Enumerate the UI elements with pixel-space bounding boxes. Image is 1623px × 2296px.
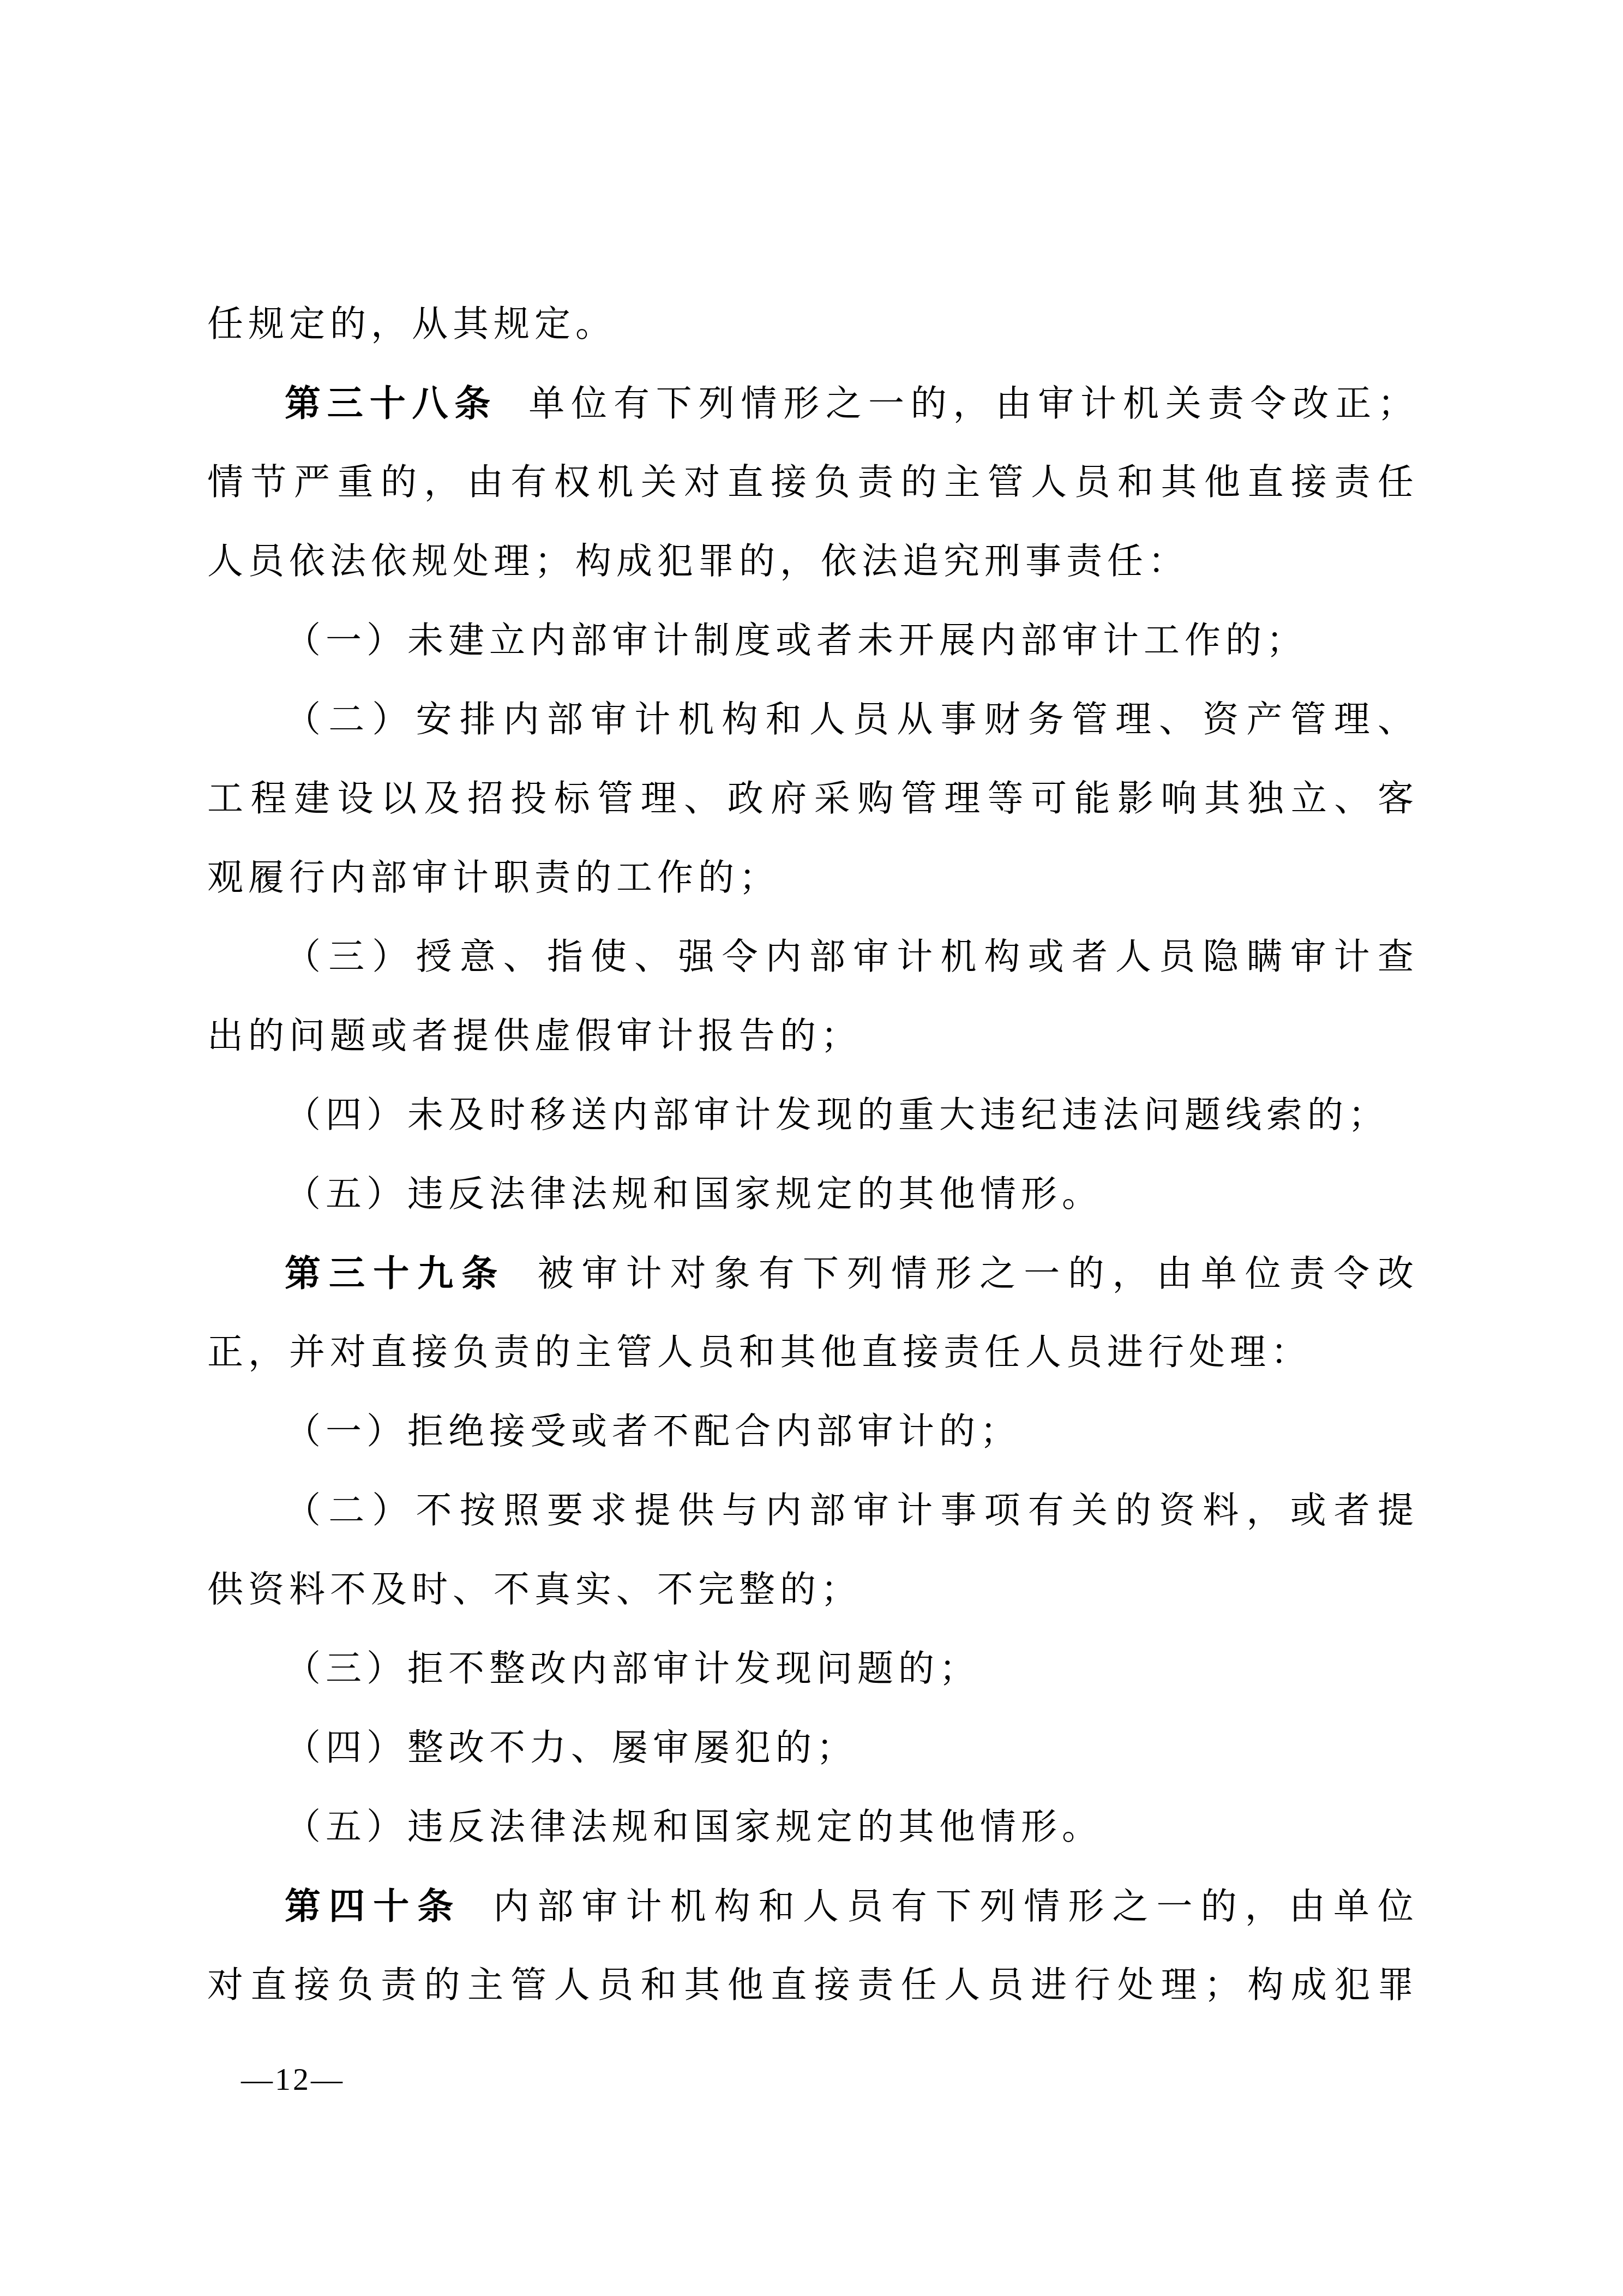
line-text: 观履行内部审计职责的工作的； bbox=[207, 858, 780, 898]
text-line: 正，并对直接负责的主管人员和其他直接责任人员进行处理： bbox=[207, 1313, 1414, 1392]
document-page: { "document": { "lines": [ { "text": "任规… bbox=[0, 0, 1623, 2296]
text-line: （四）未及时移送内部审计发现的重大违纪违法问题线索的； bbox=[207, 1076, 1414, 1155]
text-line: （三）拒不整改内部审计发现问题的； bbox=[207, 1629, 1414, 1708]
line-text: （二）安排内部审计机构和人员从事财务管理、资产管理、 bbox=[285, 700, 1414, 740]
text-line: （五）违反法律法规和国家规定的其他情形。 bbox=[207, 1155, 1414, 1234]
text-line: （五）违反法律法规和国家规定的其他情形。 bbox=[207, 1788, 1414, 1867]
line-text: （二）不按照要求提供与内部审计事项有关的资料，或者提 bbox=[285, 1491, 1414, 1531]
text-line: （一）未建立内部审计制度或者未开展内部审计工作的； bbox=[207, 601, 1414, 680]
text-line: （二）不按照要求提供与内部审计事项有关的资料，或者提 bbox=[207, 1471, 1414, 1550]
article-number: 第三十八条 bbox=[285, 383, 497, 423]
text-line: 工程建设以及招投标管理、政府采购管理等可能影响其独立、客 bbox=[207, 759, 1414, 838]
text-line: 第三十八条单位有下列情形之一的，由审计机关责令改正； bbox=[207, 364, 1414, 443]
line-text: 正，并对直接负责的主管人员和其他直接责任人员进行处理： bbox=[207, 1333, 1312, 1372]
line-text: 任规定的，从其规定。 bbox=[207, 304, 616, 344]
text-line: 任规定的，从其规定。 bbox=[207, 285, 1414, 364]
text-line: （三）授意、指使、强令内部审计机构或者人员隐瞒审计查 bbox=[207, 918, 1414, 997]
text-line: （二）安排内部审计机构和人员从事财务管理、资产管理、 bbox=[207, 680, 1414, 759]
line-text: 出的问题或者提供虚假审计报告的； bbox=[207, 1016, 862, 1056]
text-line: 观履行内部审计职责的工作的； bbox=[207, 838, 1414, 918]
line-text: （五）违反法律法规和国家规定的其他情形。 bbox=[285, 1807, 1103, 1847]
text-line: 人员依法依规处理；构成犯罪的，依法追究刑事责任： bbox=[207, 522, 1414, 601]
article-number: 第四十条 bbox=[285, 1886, 461, 1926]
line-text: （五）违反法律法规和国家规定的其他情形。 bbox=[285, 1174, 1103, 1214]
text-line: 情节严重的，由有权机关对直接负责的主管人员和其他直接责任 bbox=[207, 443, 1414, 522]
article-number: 第三十九条 bbox=[285, 1253, 506, 1293]
text-line: 供资料不及时、不真实、不完整的； bbox=[207, 1550, 1414, 1629]
line-text: 被审计对象有下列情形之一的，由单位责令改 bbox=[537, 1254, 1414, 1294]
text-line: （一）拒绝接受或者不配合内部审计的； bbox=[207, 1392, 1414, 1471]
line-text: 工程建设以及招投标管理、政府采购管理等可能影响其独立、客 bbox=[207, 779, 1414, 819]
text-line: （四）整改不力、屡审屡犯的； bbox=[207, 1708, 1414, 1788]
text-line: 对直接负责的主管人员和其他直接责任人员进行处理；构成犯罪 bbox=[207, 1946, 1414, 2025]
line-text: （四）未及时移送内部审计发现的重大违纪违法问题线索的； bbox=[285, 1095, 1389, 1135]
document-body: 任规定的，从其规定。 第三十八条单位有下列情形之一的，由审计机关责令改正； 情节… bbox=[207, 285, 1414, 2025]
line-text: 内部审计机构和人员有下列情形之一的，由单位 bbox=[493, 1887, 1414, 1927]
page-number: —12— bbox=[207, 2063, 345, 2096]
line-text: 单位有下列情形之一的，由审计机关责令改正； bbox=[528, 384, 1414, 424]
line-text: 对直接负责的主管人员和其他直接责任人员进行处理；构成犯罪 bbox=[207, 1965, 1414, 2005]
line-text: （四）整改不力、屡审屡犯的； bbox=[285, 1728, 857, 1768]
line-text: （三）授意、指使、强令内部审计机构或者人员隐瞒审计查 bbox=[285, 937, 1414, 977]
text-line: 第三十九条被审计对象有下列情形之一的，由单位责令改 bbox=[207, 1234, 1414, 1313]
line-text: （三）拒不整改内部审计发现问题的； bbox=[285, 1649, 980, 1689]
line-text: 人员依法依规处理；构成犯罪的，依法追究刑事责任： bbox=[207, 542, 1189, 582]
line-text: （一）拒绝接受或者不配合内部审计的； bbox=[285, 1412, 1021, 1452]
line-text: 情节严重的，由有权机关对直接负责的主管人员和其他直接责任 bbox=[207, 463, 1414, 502]
line-text: 供资料不及时、不真实、不完整的； bbox=[207, 1570, 862, 1610]
line-text: （一）未建立内部审计制度或者未开展内部审计工作的； bbox=[285, 621, 1307, 661]
text-line: 第四十条内部审计机构和人员有下列情形之一的，由单位 bbox=[207, 1867, 1414, 1946]
text-line: 出的问题或者提供虚假审计报告的； bbox=[207, 997, 1414, 1076]
